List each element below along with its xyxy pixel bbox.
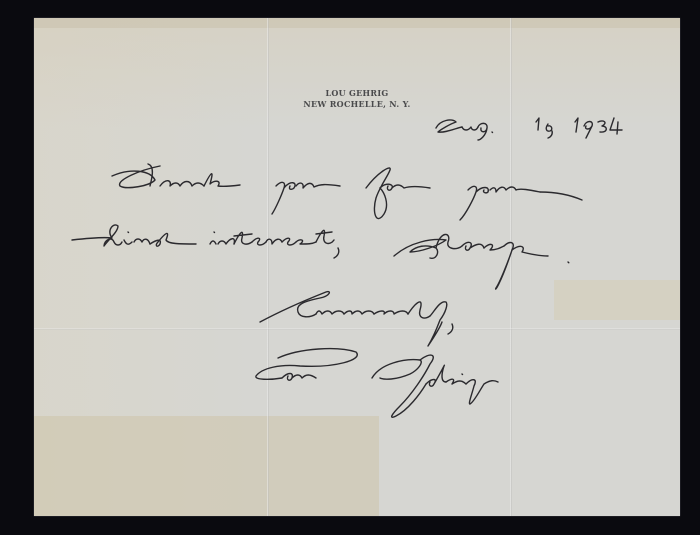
handwritten-signature (256, 349, 498, 418)
handwritten-date (436, 118, 622, 140)
handwritten-line-2 (72, 225, 569, 289)
handwriting (0, 0, 700, 535)
handwritten-line-1 (112, 164, 582, 220)
handwritten-closing (260, 292, 453, 346)
photo-frame: LOU GEHRIG NEW ROCHELLE, N. Y. (0, 0, 700, 535)
